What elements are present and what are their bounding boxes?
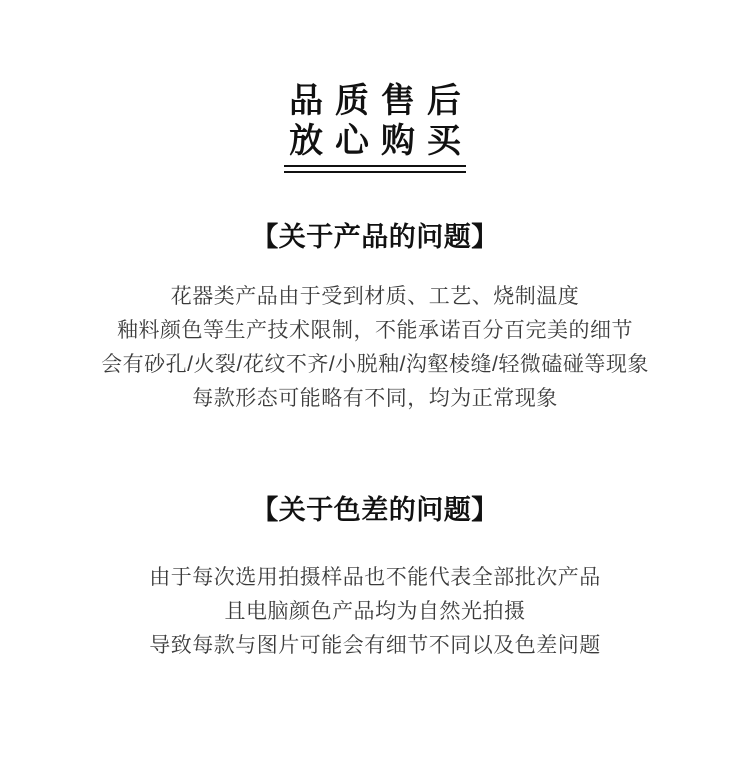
body-line: 每款形态可能略有不同，均为正常现象 [0, 382, 750, 416]
body-line: 会有砂孔/火裂/花纹不齐/小脱釉/沟壑棱缝/轻微磕碰等现象 [0, 348, 750, 382]
title-double-underline [284, 165, 466, 173]
page-title-line2: 放心购买 [0, 121, 750, 161]
body-line: 釉料颜色等生产技术限制，不能承诺百分百完美的细节 [0, 314, 750, 348]
section-color-difference: 【关于色差的问题】 由于每次选用拍摄样品也不能代表全部批次产品 且电脑颜色产品均… [0, 495, 750, 663]
product-detail-after-sales-page: 品质售后 放心购买 【关于产品的问题】 花器类产品由于受到材质、工艺、烧制温度 … [0, 0, 750, 772]
body-line: 花器类产品由于受到材质、工艺、烧制温度 [0, 280, 750, 314]
body-line: 由于每次选用拍摄样品也不能代表全部批次产品 [0, 561, 750, 595]
page-title-line1: 品质售后 [0, 81, 750, 121]
section-color-difference-heading: 【关于色差的问题】 [0, 495, 750, 525]
section-color-difference-body: 由于每次选用拍摄样品也不能代表全部批次产品 且电脑颜色产品均为自然光拍摄 导致每… [0, 561, 750, 663]
section-product-issues-body: 花器类产品由于受到材质、工艺、烧制温度 釉料颜色等生产技术限制，不能承诺百分百完… [0, 280, 750, 416]
page-title: 品质售后 放心购买 [0, 81, 750, 161]
body-line: 且电脑颜色产品均为自然光拍摄 [0, 595, 750, 629]
body-line: 导致每款与图片可能会有细节不同以及色差问题 [0, 629, 750, 663]
title-block: 品质售后 放心购买 [0, 0, 750, 173]
section-product-issues: 【关于产品的问题】 花器类产品由于受到材质、工艺、烧制温度 釉料颜色等生产技术限… [0, 222, 750, 416]
section-product-issues-heading: 【关于产品的问题】 [0, 222, 750, 252]
